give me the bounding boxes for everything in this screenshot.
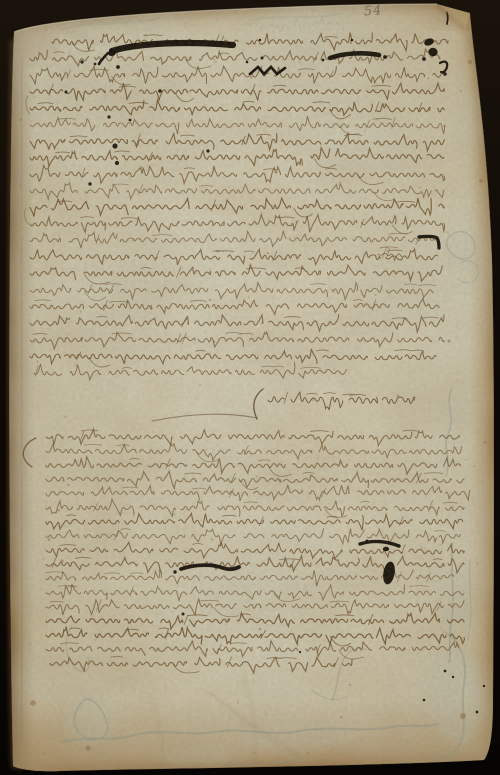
manuscript-scan: 54: [0, 0, 500, 775]
surface-grain: [0, 0, 500, 775]
manuscript-page: 54: [0, 0, 500, 775]
manuscript-photo: 54: [0, 0, 500, 775]
